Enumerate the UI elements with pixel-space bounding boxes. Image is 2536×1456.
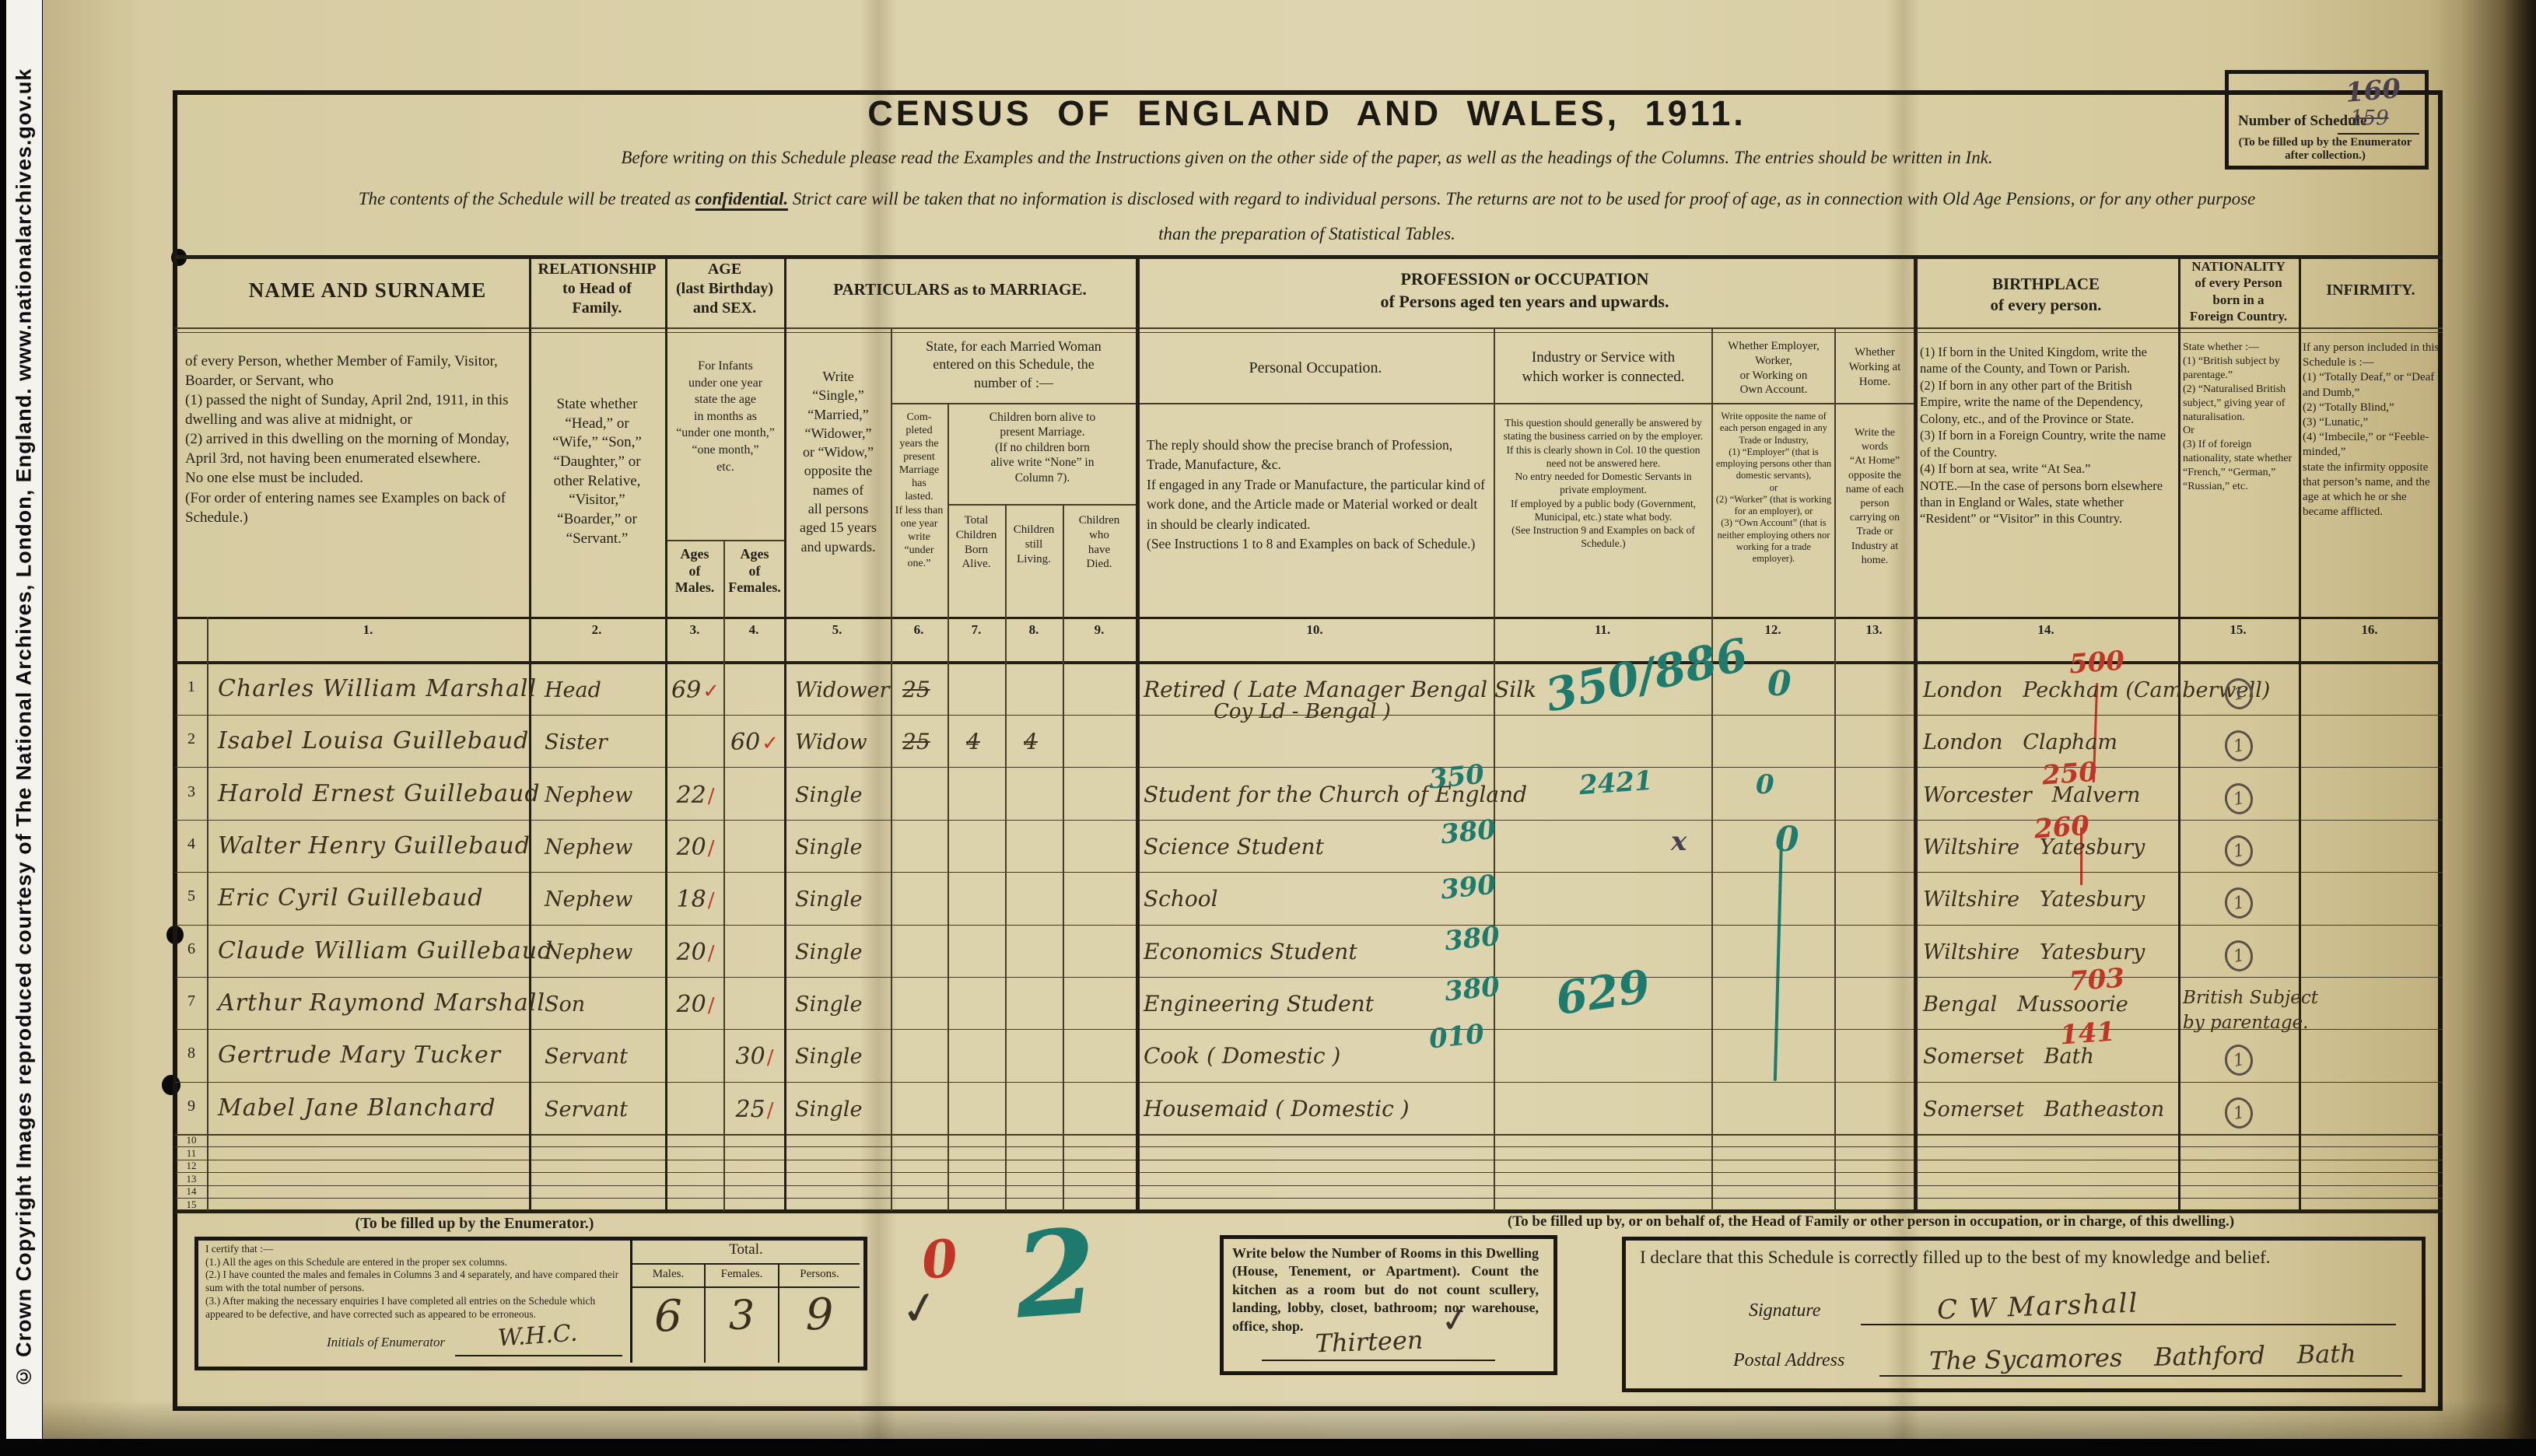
row-number: 11 — [176, 1147, 207, 1160]
row-cell-birthplace: Bengal Mussoorie — [1923, 992, 2128, 1017]
row-cell-name: Isabel Louisa Guillebaud — [218, 727, 529, 754]
row-number: 7 — [176, 992, 207, 1010]
table-rule — [175, 872, 2443, 873]
pen-annotation: 380 — [1439, 814, 1497, 850]
col12-body: Write opposite the name of each person e… — [1715, 411, 1833, 565]
col10-body: The reply should show the precise branch… — [1147, 436, 1486, 554]
row-number: 10 — [176, 1134, 207, 1146]
row-cell-nationality: 1 — [2215, 1097, 2262, 1129]
row-cell-occupation: Economics Student — [1144, 939, 1357, 964]
row-cell-nationality: 1 — [2215, 783, 2262, 814]
copyright-text: © Crown Copyright Images reproduced cour… — [12, 68, 37, 1388]
table-rule — [1914, 255, 1918, 1211]
row-cell-relationship: Nephew — [545, 940, 632, 964]
table-rule — [175, 767, 2443, 768]
row-cell-name: Arthur Raymond Marshall — [218, 989, 545, 1017]
males-value: 6 — [632, 1291, 704, 1342]
row-cell-name: Charles William Marshall — [218, 675, 537, 702]
row-cell-marital: Widow — [795, 730, 867, 754]
row-cell-age-male: 22∕ — [671, 782, 720, 809]
row-cell-occupation-line2: Coy Ld - Bengal ) — [1214, 700, 1391, 723]
table-rule — [175, 327, 2443, 329]
column-number: 8. — [999, 622, 1069, 638]
row-number: 14 — [176, 1185, 207, 1198]
col6-body: Com- pleted years the present Marriage h… — [892, 411, 946, 570]
row-cell-children-born: 4 — [966, 729, 980, 754]
col-inf-title: INFIRMITY. — [2300, 282, 2441, 299]
col-birth-title: BIRTHPLACE of every person. — [1915, 274, 2177, 317]
row-cell-occupation: Retired ( Late Manager Bengal Silk — [1144, 677, 1536, 702]
column-number: 2. — [562, 622, 632, 638]
children-band: Children born alive to present Marriage.… — [951, 410, 1134, 485]
table-rule — [207, 617, 208, 1211]
pen-annotation: 2421 — [1578, 765, 1654, 801]
column-number: 5. — [802, 622, 872, 638]
scanned-census-page: { "copyright": "© Crown Copyright Images… — [0, 0, 2536, 1456]
row-cell-age-male: 69✓ — [671, 677, 720, 704]
schedule-number-label: Number of Schedule — [2238, 113, 2366, 130]
row-cell-relationship: Servant — [545, 1045, 628, 1069]
confidential-pre: The contents of the Schedule will be tre… — [359, 189, 695, 208]
row-cell-marital: Single — [795, 783, 862, 807]
table-rule — [947, 504, 1136, 506]
column-number: 15. — [2203, 622, 2273, 638]
certify-text: I certify that :— (1.) All the ages on t… — [205, 1243, 625, 1321]
row-cell-name: Harold Ernest Guillebaud — [218, 780, 541, 807]
table-rule — [175, 332, 2443, 333]
table-rule — [1711, 327, 1713, 1211]
pen-annotation: 0 — [1767, 664, 1792, 704]
row-number: 9 — [176, 1097, 207, 1115]
table-rule — [1494, 327, 1495, 1211]
row-cell-relationship: Head — [545, 678, 601, 702]
row-cell-nationality: 1 — [2215, 730, 2262, 761]
table-rule — [1063, 504, 1064, 1211]
table-rule — [175, 617, 2443, 619]
row-cell-relationship: Nephew — [545, 887, 632, 912]
confidential-word: confidential. — [695, 189, 788, 211]
col10-subtitle: Personal Occupation. — [1140, 359, 1491, 377]
row-cell-years: 25 — [902, 729, 930, 754]
row-cell-nationality: 1 — [2215, 1045, 2262, 1076]
pen-annotation: 260 — [2033, 810, 2091, 845]
table-rule — [175, 1160, 2443, 1160]
col5-body: Write “Single,” “Married,” “Widower,” or… — [787, 367, 889, 556]
pen-annotation: 141 — [2059, 1017, 2117, 1052]
pen-annotation: x — [1671, 826, 1687, 857]
mark-big-two: 2 — [1011, 1203, 1101, 1346]
row-number: 12 — [176, 1160, 207, 1172]
table-rule — [1005, 504, 1007, 1211]
row-cell-occupation: Engineering Student — [1144, 991, 1374, 1017]
row-cell-occupation: Cook ( Domestic ) — [1144, 1043, 1340, 1069]
row-cell-occupation: Science Student — [1144, 834, 1324, 859]
pen-annotation: 380 — [1443, 971, 1501, 1007]
table-rule — [2299, 255, 2301, 1211]
col14-body: (1) If born in the United Kingdom, write… — [1920, 344, 2173, 527]
pen-annotation: 0 — [1756, 769, 1774, 800]
rooms-underline — [1262, 1360, 1495, 1361]
col-rel-title: RELATIONSHIP to Head of Family. — [531, 260, 663, 318]
row-cell-nationality: 1 — [2215, 940, 2262, 971]
col13-body: Write the words “At Home” opposite the n… — [1839, 426, 1911, 568]
row-cell-birthplace: Worcester Malvern — [1923, 783, 2140, 807]
row-cell-name: Gertrude Mary Tucker — [218, 1041, 501, 1069]
table-rule — [665, 255, 667, 1211]
row-cell-name: Mabel Jane Blanchard — [218, 1094, 496, 1122]
row-number: 2 — [176, 730, 207, 748]
row-cell-age-female: 25∕ — [730, 1096, 779, 1123]
col11-subtitle: Industry or Service with which worker is… — [1497, 348, 1709, 387]
persons-label: Persons. — [779, 1268, 860, 1281]
col9-head: Children who have Died. — [1064, 513, 1134, 572]
col-rel-body: State whether “Head,” or “Wife,” “Son,” … — [532, 395, 662, 549]
col-age-title: AGE (last Birthday) and SEX. — [667, 260, 782, 318]
row-cell-relationship: Servant — [545, 1097, 628, 1122]
row-cell-nationality-text: by parentage. — [2183, 1013, 2308, 1033]
row-number: 15 — [176, 1199, 207, 1211]
row-cell-birthplace: Wiltshire Yatesbury — [1923, 940, 2145, 964]
row-cell-birthplace: Wiltshire Yatesbury — [1923, 835, 2145, 859]
copyright-strip: © Crown Copyright Images reproduced cour… — [6, 0, 42, 1456]
pen-annotation: 0 — [1775, 820, 1799, 859]
table-rule — [175, 1146, 2443, 1147]
column-number: 1. — [333, 622, 403, 638]
pen-annotation: 390 — [1439, 870, 1497, 906]
instruction-line-2: The contents of the Schedule will be tre… — [187, 189, 2427, 209]
table-rule — [175, 1198, 2443, 1199]
col8-head: Children still Living. — [1007, 523, 1061, 566]
col15-body: State whether :— (1) “British subject by… — [2183, 341, 2296, 494]
row-number: 5 — [176, 887, 207, 905]
row-cell-marital: Single — [795, 992, 862, 1017]
confidential-post: Strict care will be taken that no inform… — [788, 189, 2255, 208]
table-rule — [2178, 255, 2180, 1211]
column-number: 12. — [1738, 622, 1808, 638]
table-rule — [175, 925, 2443, 926]
row-number: 4 — [176, 835, 207, 853]
page-title: CENSUS OF ENGLAND AND WALES, 1911. — [700, 93, 1914, 134]
column-number: 14. — [2011, 622, 2081, 638]
row-cell-birthplace: Wiltshire Yatesbury — [1923, 887, 2145, 912]
row-cell-age-female: 30∕ — [730, 1043, 779, 1070]
row-cell-nationality: 1 — [2215, 678, 2262, 709]
row-number: 13 — [176, 1173, 207, 1185]
row-cell-birthplace: London Clapham — [1923, 730, 2117, 754]
col11-body: This question should generally be answer… — [1501, 416, 1705, 551]
row-cell-relationship: Son — [545, 992, 585, 1017]
row-cell-years: 25 — [902, 677, 930, 702]
row-cell-age-male: 18∕ — [671, 886, 720, 913]
row-number: 1 — [176, 678, 207, 696]
column-number: 11. — [1567, 622, 1638, 638]
row-cell-marital: Single — [795, 1045, 862, 1069]
pen-annotation: 380 — [1443, 920, 1501, 957]
married-woman-band: State, for each Married Woman entered on… — [895, 338, 1133, 392]
table-rule — [175, 1209, 2443, 1213]
column-number: 10. — [1280, 622, 1350, 638]
col-ages-females: Ages of Females. — [725, 546, 784, 597]
col16-body: If any person included in this Schedule … — [2303, 341, 2440, 520]
instruction-line-3: than the preparation of Statistical Tabl… — [933, 224, 1680, 244]
column-number: 16. — [2335, 622, 2405, 638]
col-ages-males: Ages of Males. — [666, 546, 723, 597]
row-cell-age-female: 60✓ — [730, 729, 779, 756]
totals-rule — [632, 1286, 860, 1288]
row-cell-occupation: Housemaid ( Domestic ) — [1144, 1096, 1410, 1122]
instruction-line-1: Before writing on this Schedule please r… — [257, 148, 2357, 168]
signature-label: Signature — [1749, 1300, 1820, 1321]
table-rule — [175, 1082, 2443, 1083]
row-number: 6 — [176, 940, 207, 958]
totals-rule — [632, 1263, 860, 1265]
col-nat-title: NATIONALITY of every Person born in a Fo… — [2180, 258, 2297, 324]
column-number: 13. — [1839, 622, 1909, 638]
row-cell-nationality: 1 — [2215, 835, 2262, 866]
row-number: 3 — [176, 783, 207, 801]
table-rule — [891, 327, 892, 1211]
col13-subtitle: Whether Working at Home. — [1837, 345, 1912, 389]
pen-annotation: 010 — [1427, 1019, 1486, 1055]
row-cell-marital: Single — [795, 887, 862, 912]
table-rule — [891, 403, 1914, 404]
schedule-number-value: 160 — [2344, 73, 2401, 109]
row-cell-marital: Single — [795, 835, 862, 859]
schedule-number-crossed: 159 — [2350, 107, 2389, 130]
row-cell-relationship: Sister — [545, 730, 608, 754]
col7-head: Total Children Born Alive. — [949, 513, 1004, 572]
row-cell-age-male: 20∕ — [671, 834, 720, 861]
rooms-text: Write below the Number of Rooms in this … — [1232, 1244, 1539, 1335]
females-value: 3 — [706, 1293, 778, 1339]
row-cell-nationality: 1 — [2215, 887, 2262, 919]
row-cell-marital: Single — [795, 940, 862, 964]
row-cell-relationship: Nephew — [545, 783, 632, 807]
row-cell-nationality-text: British Subject — [2183, 988, 2318, 1008]
enumerator-heading: (To be filled up by the Enumerator.) — [296, 1215, 653, 1233]
row-cell-name: Eric Cyril Guillebaud — [218, 884, 484, 912]
row-cell-occupation: School — [1144, 886, 1218, 912]
row-cell-age-male: 20∕ — [671, 939, 720, 966]
total-label: Total. — [632, 1241, 860, 1258]
row-cell-marital: Single — [795, 1097, 862, 1122]
row-cell-marital: Widower — [795, 678, 889, 702]
table-rule — [1136, 255, 1140, 1211]
row-cell-name: Claude William Guillebaud — [218, 937, 553, 964]
column-number: 4. — [719, 622, 789, 638]
table-rule — [175, 255, 2443, 259]
head-of-family-heading: (To be filled up by, or on behalf of, th… — [1322, 1213, 2419, 1230]
column-number: 9. — [1064, 622, 1134, 638]
pen-annotation: 350 — [1427, 758, 1486, 795]
table-rule — [175, 1172, 2443, 1173]
col-marriage-title: PARTICULARS as to MARRIAGE. — [786, 280, 1134, 299]
col12-subtitle: Whether Employer, Worker, or Working on … — [1713, 339, 1834, 397]
initials-label: Initials of Enumerator — [327, 1335, 445, 1350]
table-rule — [723, 540, 725, 1211]
row-cell-name: Walter Henry Guillebaud — [218, 832, 531, 859]
row-cell-relationship: Nephew — [545, 835, 632, 859]
pen-annotation: 703 — [2068, 963, 2126, 998]
postal-address-line — [1879, 1375, 2402, 1377]
schedule-number-line — [2338, 133, 2419, 135]
table-rule — [529, 255, 531, 1211]
row-cell-age-male: 20∕ — [671, 991, 720, 1018]
bottom-black-strip — [0, 1439, 2536, 1456]
table-rule — [175, 1185, 2443, 1186]
col-name-body: of every Person, whether Member of Famil… — [185, 352, 523, 527]
col-name-title: NAME AND SURNAME — [210, 278, 525, 303]
row-cell-birthplace: Somerset Batheaston — [1923, 1097, 2164, 1122]
pen-annotation: 250 — [2041, 756, 2099, 791]
females-label: Females. — [706, 1268, 778, 1281]
males-label: Males. — [632, 1268, 704, 1281]
row-number: 8 — [176, 1045, 207, 1062]
initials-value: W.H.C. — [497, 1319, 578, 1352]
row-cell-children-living: 4 — [1024, 729, 1038, 754]
col-age-body: For Infants under one year state the age… — [667, 358, 783, 475]
table-rule — [1834, 327, 1836, 1211]
col-prof-title: PROFESSION or OCCUPATION of Persons aged… — [1137, 268, 1912, 313]
postal-address-label: Postal Address — [1733, 1350, 1844, 1371]
pen-annotation: 500 — [2068, 646, 2126, 681]
declaration-text: I declare that this Schedule is correctl… — [1640, 1248, 2410, 1268]
initials-line — [455, 1355, 622, 1356]
table-rule — [784, 255, 786, 1211]
table-rule — [175, 820, 2443, 821]
table-rule — [947, 403, 949, 1211]
table-rule — [175, 1134, 2443, 1136]
persons-value: 9 — [779, 1290, 860, 1340]
